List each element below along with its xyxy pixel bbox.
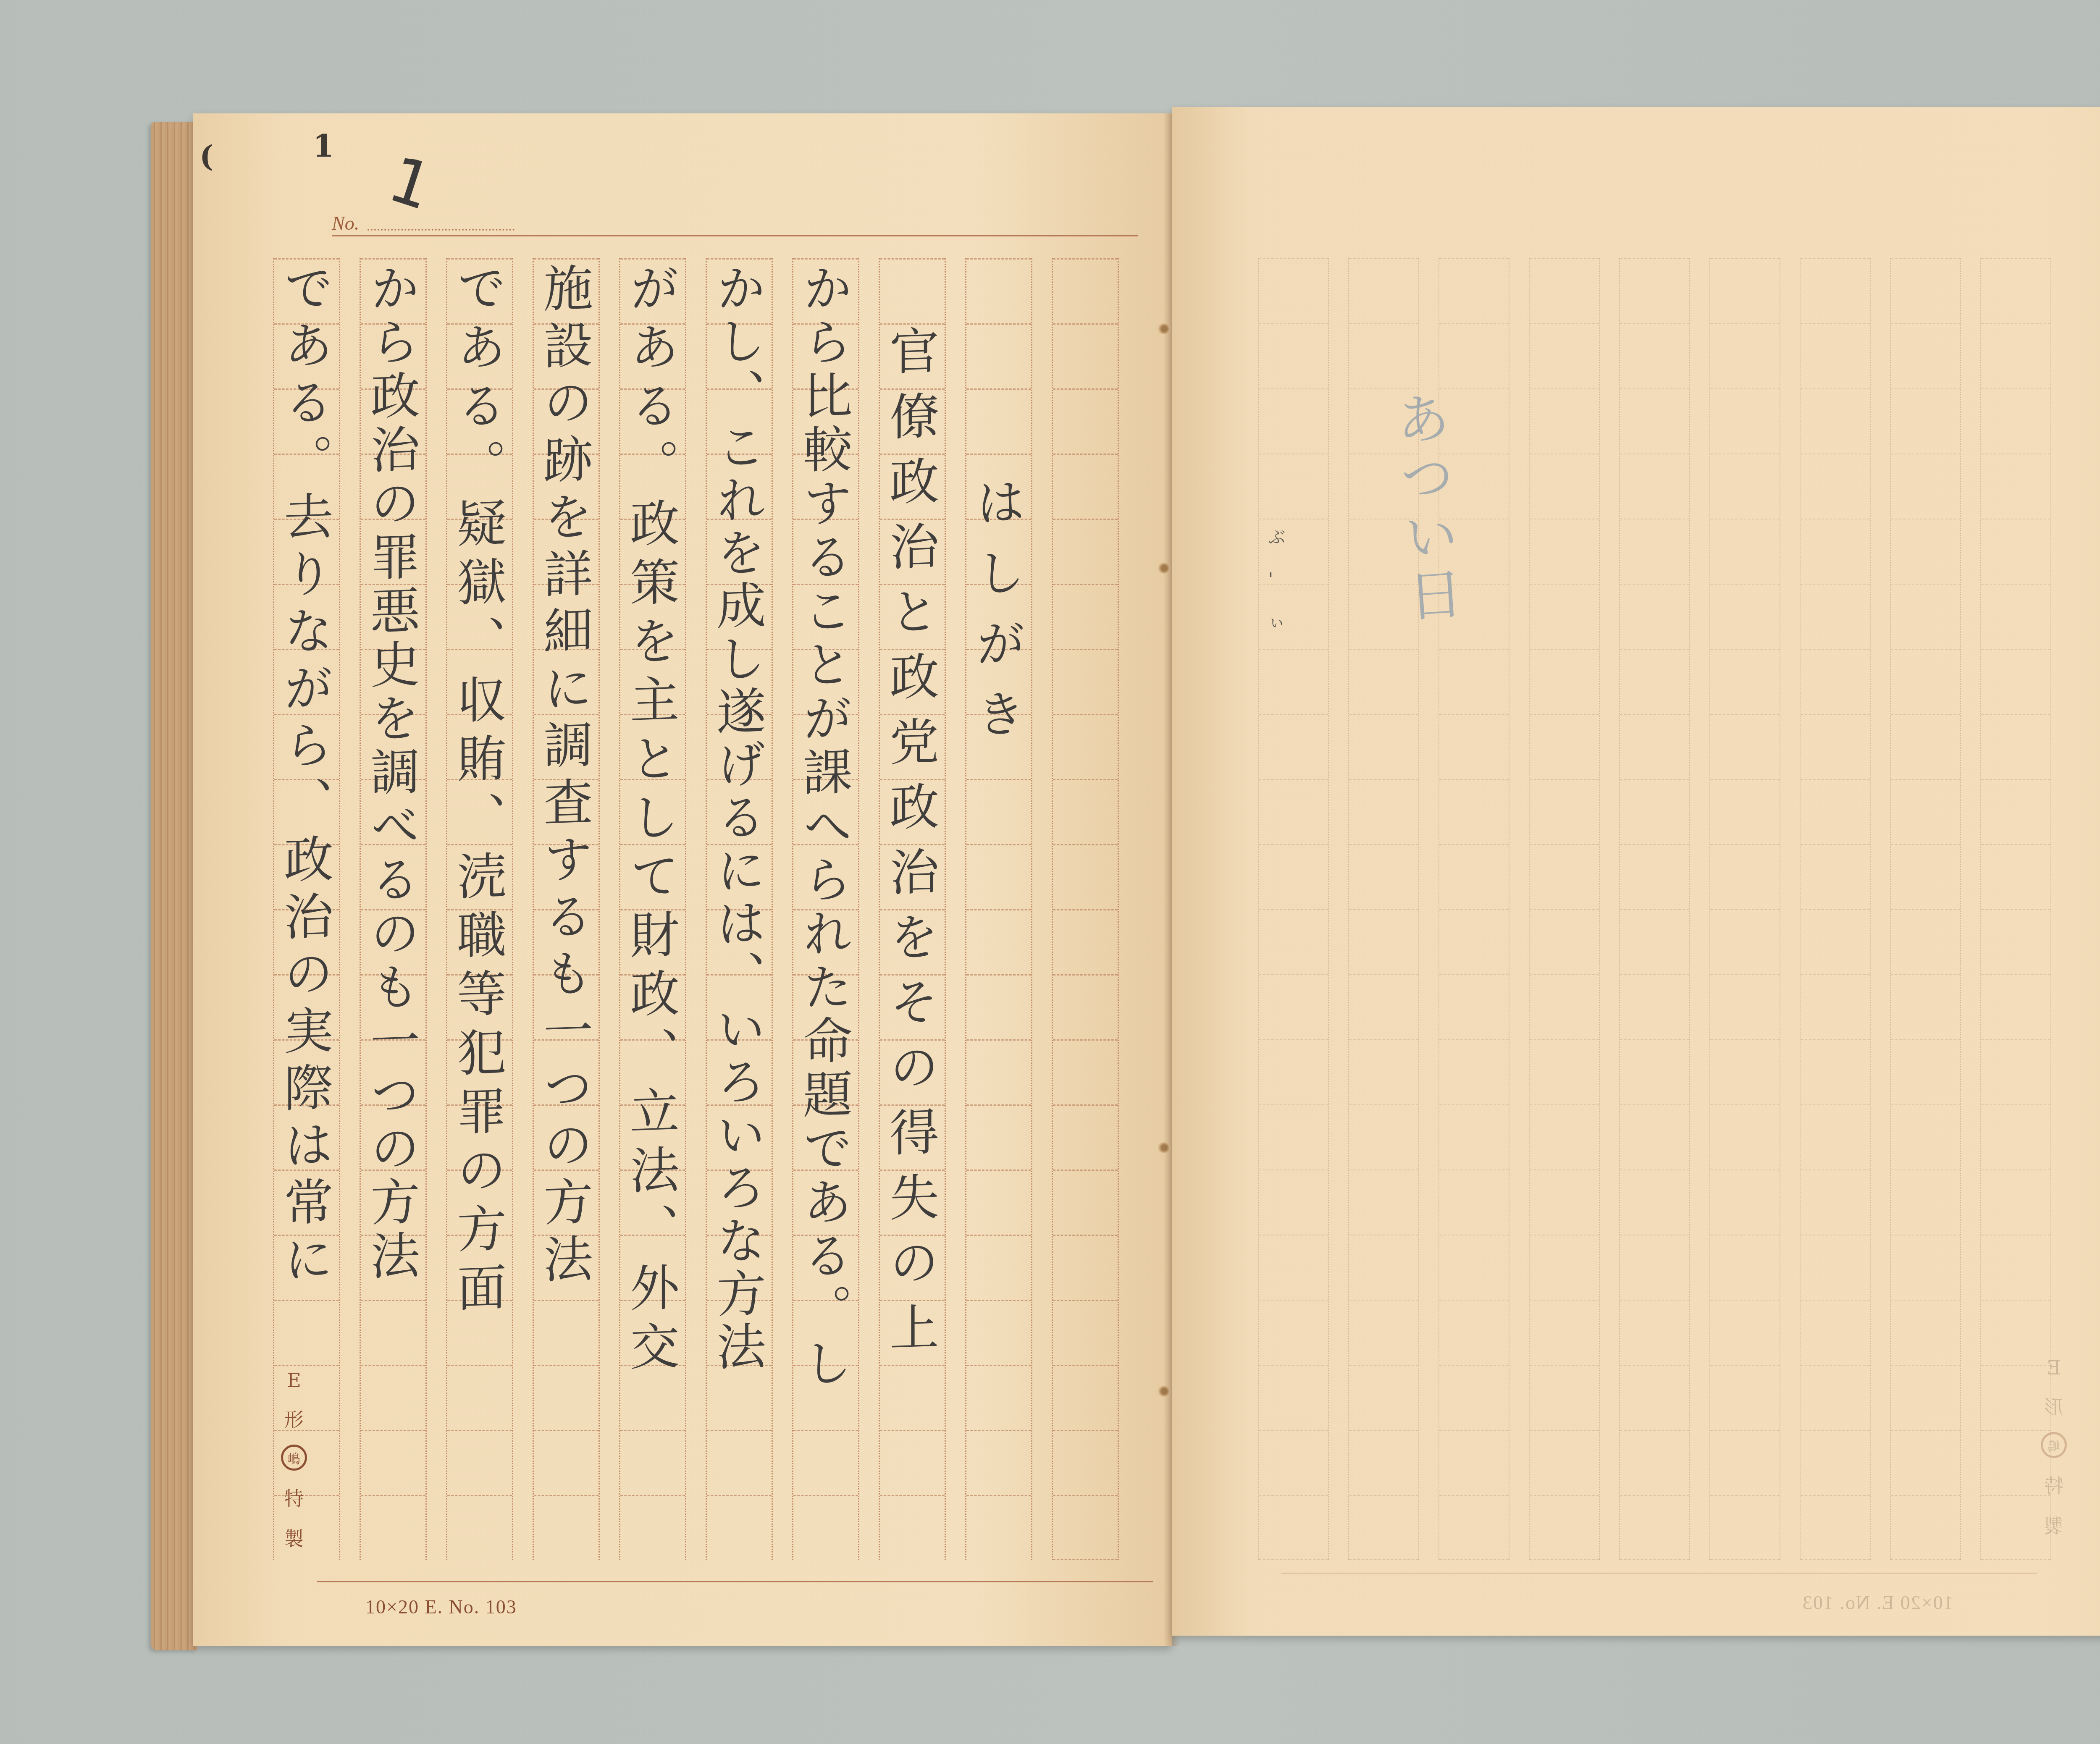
grid-column: がある。政策を主として財政、立法、外交 <box>619 258 686 1560</box>
grid-column <box>1890 258 1961 1560</box>
maker-logo-icon: 嶋 <box>281 1445 307 1471</box>
page-stamp-number: 1 <box>313 128 334 164</box>
blue-pencil-note: あつい日 <box>1378 388 1473 628</box>
grid-column <box>1529 258 1600 1560</box>
grid-column: から比較することが課へられた命題である。し <box>792 258 859 1560</box>
handwritten-line: がある。政策を主として財政、立法、外交 <box>620 261 685 1380</box>
handwritten-line: である。去りながら、政治の実際は常に <box>274 261 339 1291</box>
binding-stitch-hole <box>1157 563 1171 574</box>
grid-column: 施設の跡を詳細に調査するも一つの方法 <box>533 258 600 1560</box>
grid-column-heading: はしがき <box>965 258 1032 1560</box>
corner-stamp: ( <box>199 139 213 173</box>
grid-column: から政治の罪悪史を調べるのも一つの方法 <box>360 258 427 1560</box>
made-kanji: 製 <box>284 1524 304 1551</box>
grid-column <box>1619 258 1690 1560</box>
handwritten-line: 施設の跡を詳細に調査するも一つの方法 <box>534 261 598 1291</box>
binding-stitch-hole <box>1157 1386 1171 1397</box>
header-rule <box>332 235 1138 236</box>
grid-column <box>1800 258 1871 1560</box>
handwritten-line: 官僚政治と政党政治をその得失の上 <box>880 324 945 1368</box>
grid-column: かし、これを成し遂げるには、いろいろな方法 <box>706 258 773 1560</box>
paper-format-label: 10×20 E. No. 103 <box>365 1596 517 1618</box>
ink-marks: ぶ ' ぃ <box>1268 517 1285 643</box>
grid-column <box>1709 258 1780 1560</box>
number-dotted-line <box>367 229 514 231</box>
manufacturer-side-print: E 形 嶋 特 製 <box>279 1369 309 1551</box>
handwritten-line: から比較することが課へられた命題である。し <box>793 261 858 1392</box>
grid-column: である。疑獄、収賄、涜職等犯罪の方面 <box>446 258 513 1560</box>
page-block-edge <box>151 122 197 1650</box>
right-writing-grid <box>1252 258 2071 1560</box>
grid-column: である。去りながら、政治の実際は常に <box>273 258 340 1560</box>
handwritten-line: から政治の罪悪史を調べるのも一つの方法 <box>361 261 425 1285</box>
left-writing-grid: はしがき 官僚政治と政党政治をその得失の上 から比較することが課へられた命題であ… <box>273 258 1138 1560</box>
binding-stitch-hole <box>1157 1142 1171 1153</box>
special-kanji: 特 <box>284 1483 304 1511</box>
maker-logo-icon: 嶋 <box>2041 1432 2067 1458</box>
form-letter: E <box>287 1369 301 1392</box>
bleed-through-side-print: E 形 嶋 特 製 <box>2039 1356 2068 1539</box>
handwritten-line: かし、これを成し遂げるには、いろいろな方法 <box>707 261 772 1374</box>
section-heading: はしがき <box>966 475 1031 760</box>
footer-rule <box>317 1581 1153 1582</box>
grid-column <box>1258 258 1329 1560</box>
form-kanji: 形 <box>284 1404 304 1432</box>
handwritten-line: である。疑獄、収賄、涜職等犯罪の方面 <box>447 261 512 1322</box>
binding-stitch-hole <box>1157 323 1171 334</box>
bleed-through-format-label: 10×20 E. No. 103 <box>1802 1592 1953 1614</box>
right-footer-rule <box>1281 1573 2037 1574</box>
number-label: No. <box>332 212 359 234</box>
grid-column: 官僚政治と政党政治をその得失の上 <box>879 258 946 1560</box>
grid-column-blank <box>1052 258 1119 1560</box>
